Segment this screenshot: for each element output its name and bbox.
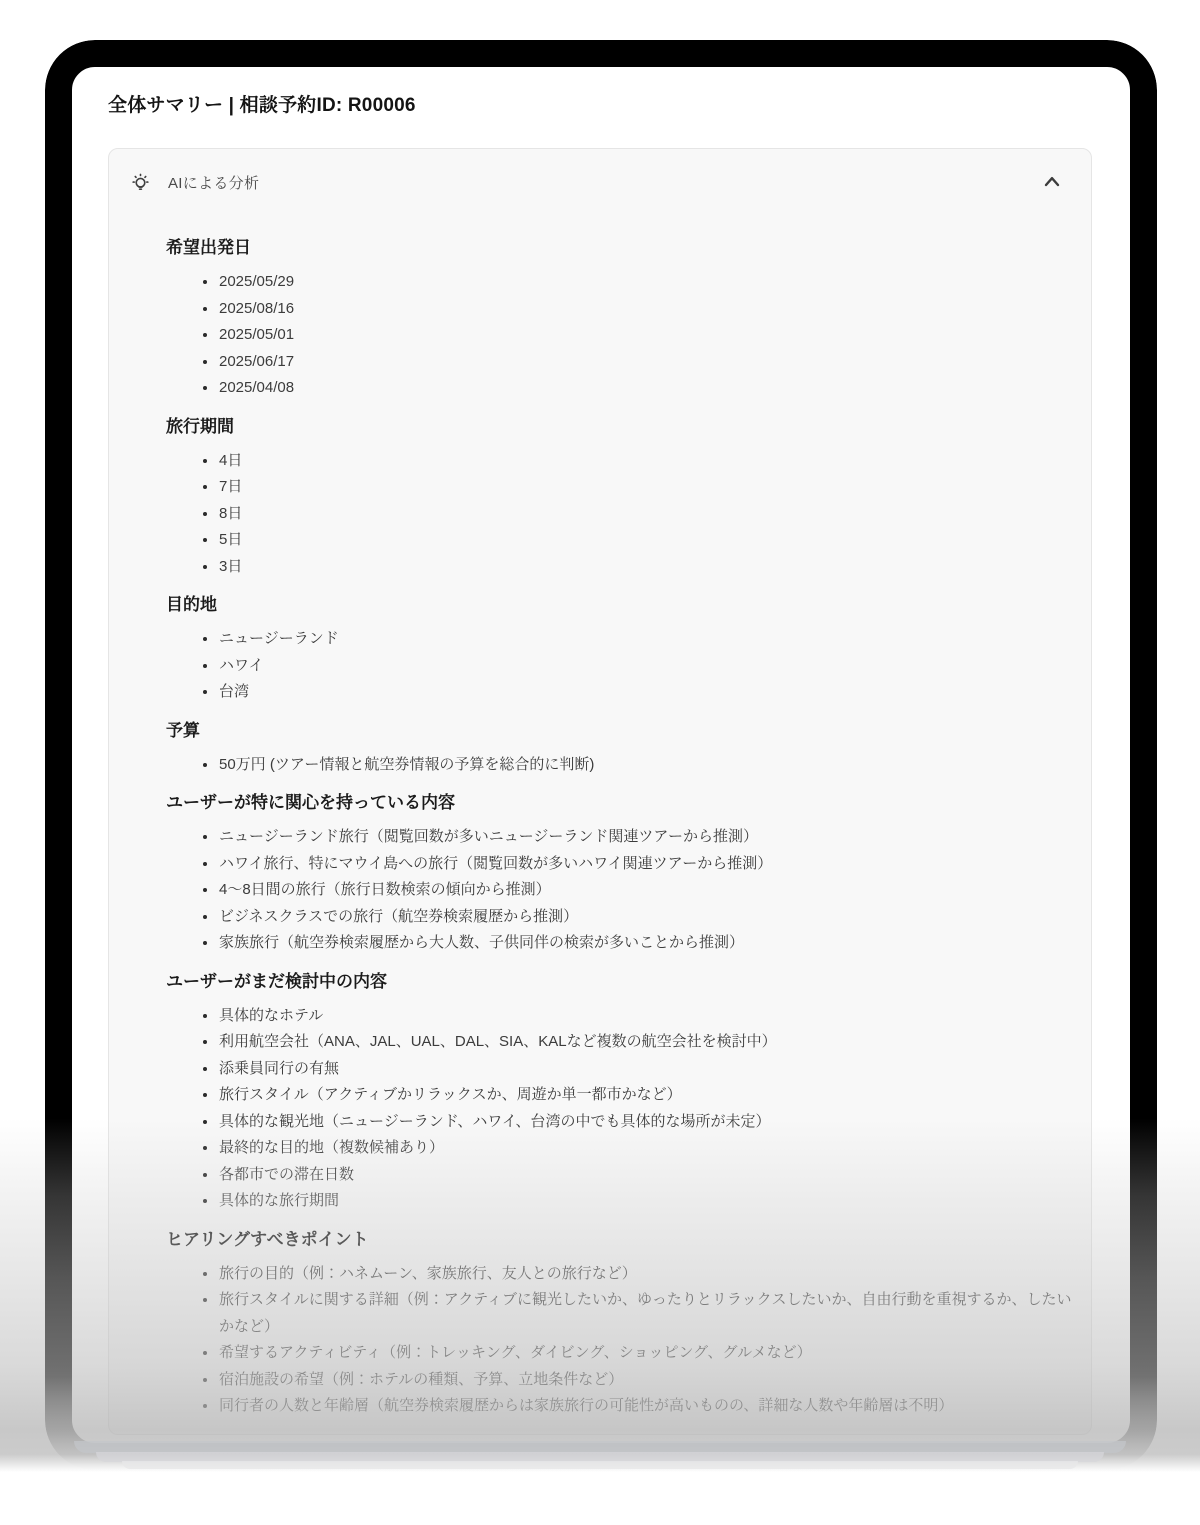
bullet-item: 2025/05/01 [218,322,1077,349]
bullet-item: 希望するアクティビティ（例：トレッキング、ダイビング、ショッピング、グルメなど） [218,1340,1077,1367]
section-heading: ヒアリングすべきポイント [166,1227,1077,1253]
collapse-button[interactable] [1039,169,1065,195]
ai-analysis-card: AIによる分析 希望出発日2025/05/292025/08/162025/05… [108,148,1092,1435]
section-heading: 希望出発日 [166,235,1077,261]
bullet-item: 4日 [218,448,1077,475]
bullet-item: 添乗員同行の有無 [218,1056,1077,1083]
chevron-up-icon [1041,171,1063,193]
bullet-item: 旅行スタイルに関する詳細（例：アクティブに観光したいか、ゆったりとリラックスした… [218,1287,1077,1340]
ai-card-title: AIによる分析 [168,172,259,193]
ai-card-header: AIによる分析 [109,169,1091,195]
bullet-item: 具体的なホテル [218,1003,1077,1030]
bullet-item: 家族旅行（航空券検索履歴から大人数、子供同伴の検索が多いことから推測） [218,930,1077,957]
bullet-item: 最終的な目的地（複数候補あり） [218,1135,1077,1162]
section-list: 2025/05/292025/08/162025/05/012025/06/17… [166,269,1077,402]
bullet-item: 各都市での滞在日数 [218,1162,1077,1189]
section-heading: ユーザーがまだ検討中の内容 [166,969,1077,995]
bullet-item: 2025/04/08 [218,375,1077,402]
card-sections: 希望出発日2025/05/292025/08/162025/05/012025/… [109,235,1091,1420]
bullet-item: 5日 [218,527,1077,554]
bullet-item: 50万円 (ツアー情報と航空券情報の予算を総合的に判断) [218,752,1077,779]
section-heading: ユーザーが特に関心を持っている内容 [166,790,1077,816]
lightbulb-icon [127,169,153,195]
bullet-item: ハワイ [218,653,1077,680]
bullet-item: 7日 [218,474,1077,501]
page-title: 全体サマリー | 相談予約ID: R00006 [108,93,1094,119]
bullet-item: 2025/06/17 [218,349,1077,376]
bullet-item: 具体的な旅行期間 [218,1188,1077,1215]
bullet-item: 台湾 [218,679,1077,706]
section-list: ニュージーランドハワイ台湾 [166,626,1077,706]
section-heading: 目的地 [166,592,1077,618]
bullet-item: 4〜8日間の旅行（旅行日数検索の傾向から推測） [218,877,1077,904]
bullet-item: 8日 [218,501,1077,528]
bullet-item: 利用航空会社（ANA、JAL、UAL、DAL、SIA、KALなど複数の航空会社を… [218,1029,1077,1056]
bullet-item: 具体的な観光地（ニュージーランド、ハワイ、台湾の中でも具体的な場所が未定） [218,1109,1077,1136]
bullet-item: 2025/05/29 [218,269,1077,296]
section-list: 具体的なホテル利用航空会社（ANA、JAL、UAL、DAL、SIA、KALなど複… [166,1003,1077,1215]
bullet-item: ビジネスクラスでの旅行（航空券検索履歴から推測） [218,904,1077,931]
section-list: 4日7日8日5日3日 [166,448,1077,581]
bullet-item: 3日 [218,554,1077,581]
bullet-item: ニュージーランド旅行（閲覧回数が多いニュージーランド関連ツアーから推測） [218,824,1077,851]
bullet-item: 旅行の目的（例：ハネムーン、家族旅行、友人との旅行など） [218,1261,1077,1288]
bullet-item: 宿泊施設の希望（例：ホテルの種類、予算、立地条件など） [218,1367,1077,1394]
section-list: 旅行の目的（例：ハネムーン、家族旅行、友人との旅行など）旅行スタイルに関する詳細… [166,1261,1077,1420]
section-list: ニュージーランド旅行（閲覧回数が多いニュージーランド関連ツアーから推測）ハワイ旅… [166,824,1077,957]
section-list: 50万円 (ツアー情報と航空券情報の予算を総合的に判断) [166,752,1077,779]
bullet-item: 同行者の人数と年齢層（航空券検索履歴からは家族旅行の可能性が高いものの、詳細な人… [218,1393,1077,1420]
section-heading: 予算 [166,718,1077,744]
bullet-item: ニュージーランド [218,626,1077,653]
bullet-item: 旅行スタイル（アクティブかリラックスか、周遊か単一都市かなど） [218,1082,1077,1109]
page-content: 全体サマリー | 相談予約ID: R00006 AIによる分析 [72,67,1130,1435]
section-heading: 旅行期間 [166,414,1077,440]
bullet-item: ハワイ旅行、特にマウイ島への旅行（閲覧回数が多いハワイ関連ツアーから推測） [218,851,1077,878]
bullet-item: 2025/08/16 [218,296,1077,323]
